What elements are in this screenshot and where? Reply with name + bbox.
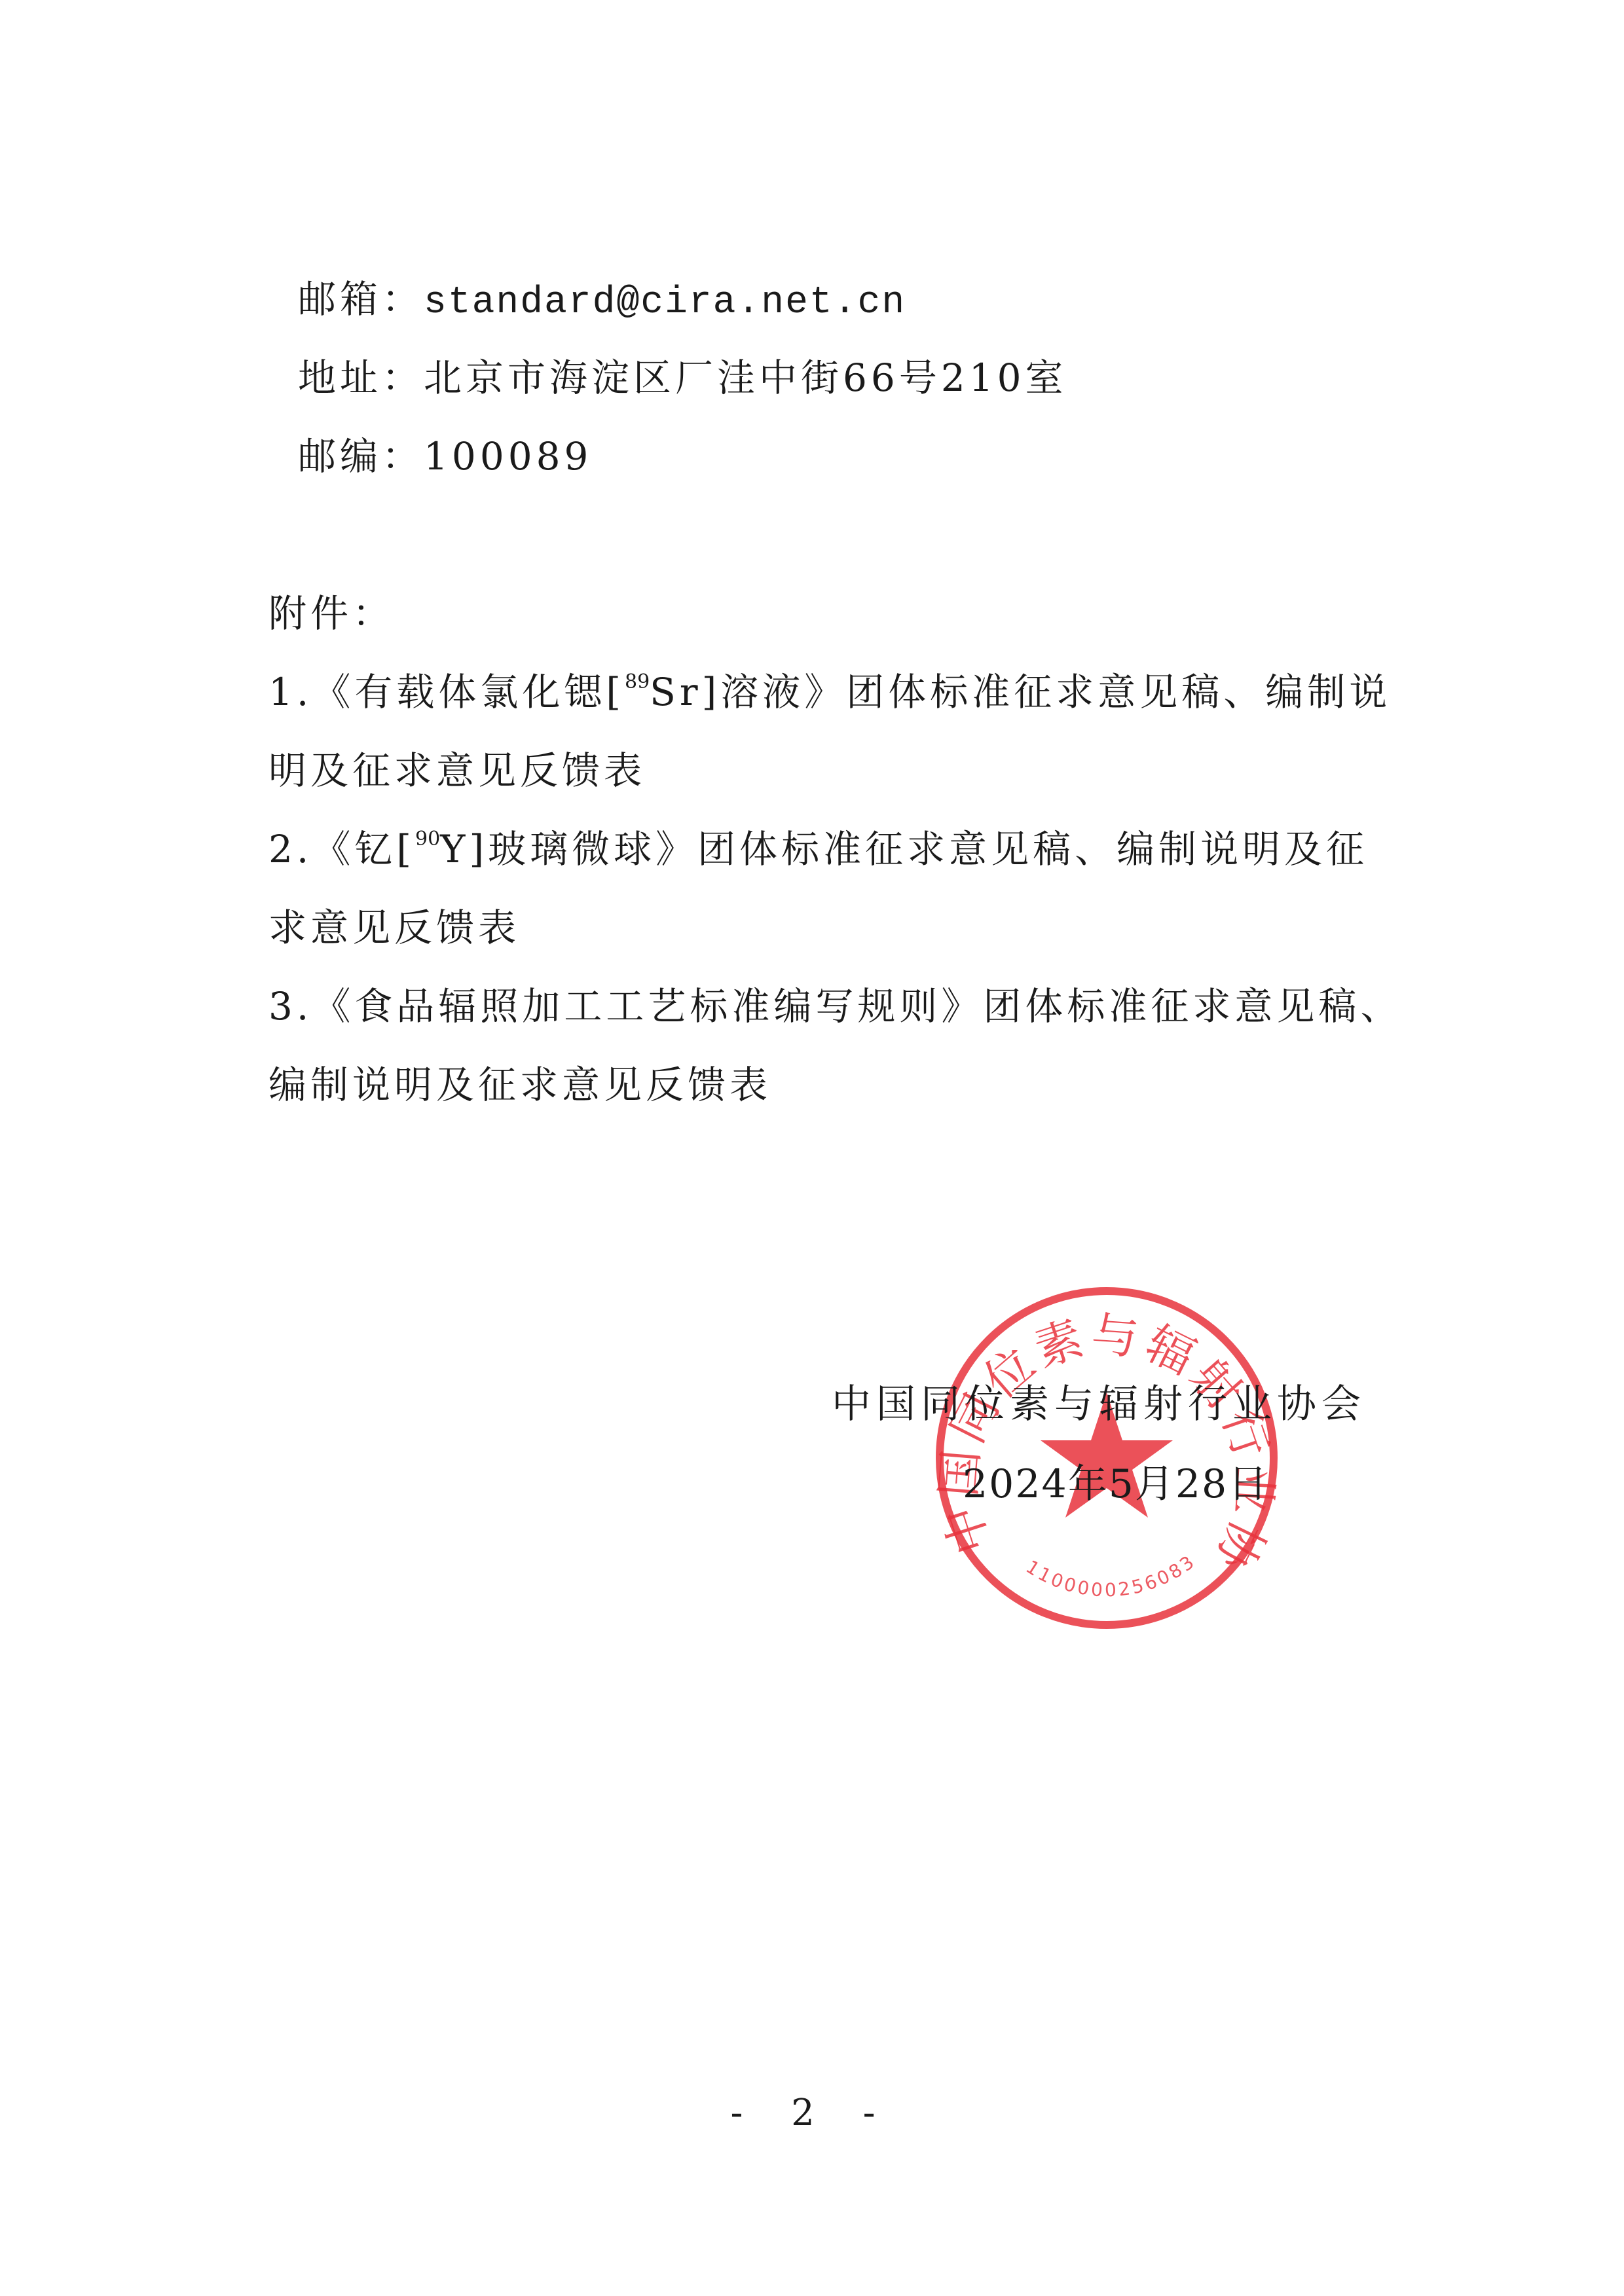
postcode-label: 邮编： <box>298 434 424 479</box>
address-value: 北京市海淀区厂洼中街66号210室 <box>424 355 1067 400</box>
email-label: 邮箱： <box>298 277 424 321</box>
signature-organization: 中国同位素与辐射行业协会 <box>832 1381 1366 1427</box>
svg-text:1100000256083: 1100000256083 <box>1022 1550 1200 1601</box>
email-value: standard@cira.net.cn <box>424 282 906 324</box>
address-label: 地址： <box>298 355 424 400</box>
attachment-item-2-line1: 2.《钇[90Y]玻璃微球》团体标准征求意见稿、编制说明及征 <box>268 826 1368 872</box>
postcode-line: 邮编：100089 <box>298 433 592 479</box>
attachment-item-3-line1: 3.《食品辐照加工工艺标准编写规则》团体标准征求意见稿、 <box>268 983 1402 1029</box>
address-line: 地址：北京市海淀区厂洼中街66号210室 <box>298 355 1067 401</box>
attachments-heading: 附件： <box>268 591 394 636</box>
attachment-item-1-line1: 1.《有载体氯化锶[89Sr]溶液》团体标准征求意见稿、编制说 <box>268 669 1391 715</box>
signature-date: 2024年5月28日 <box>963 1461 1268 1507</box>
postcode-value: 100089 <box>424 434 592 479</box>
page-number: - 2 - <box>0 2092 1624 2134</box>
attachment-item-2-line2: 求意见反馈表 <box>268 905 520 951</box>
attachment-item-3-line2: 编制说明及征求意见反馈表 <box>268 1062 771 1108</box>
email-line: 邮箱：standard@cira.net.cn <box>298 276 906 326</box>
attachment-item-1-line2: 明及征求意见反馈表 <box>268 748 646 793</box>
official-seal-icon: 中国同位素与辐射行业协会 1100000256083 <box>933 1285 1280 1631</box>
